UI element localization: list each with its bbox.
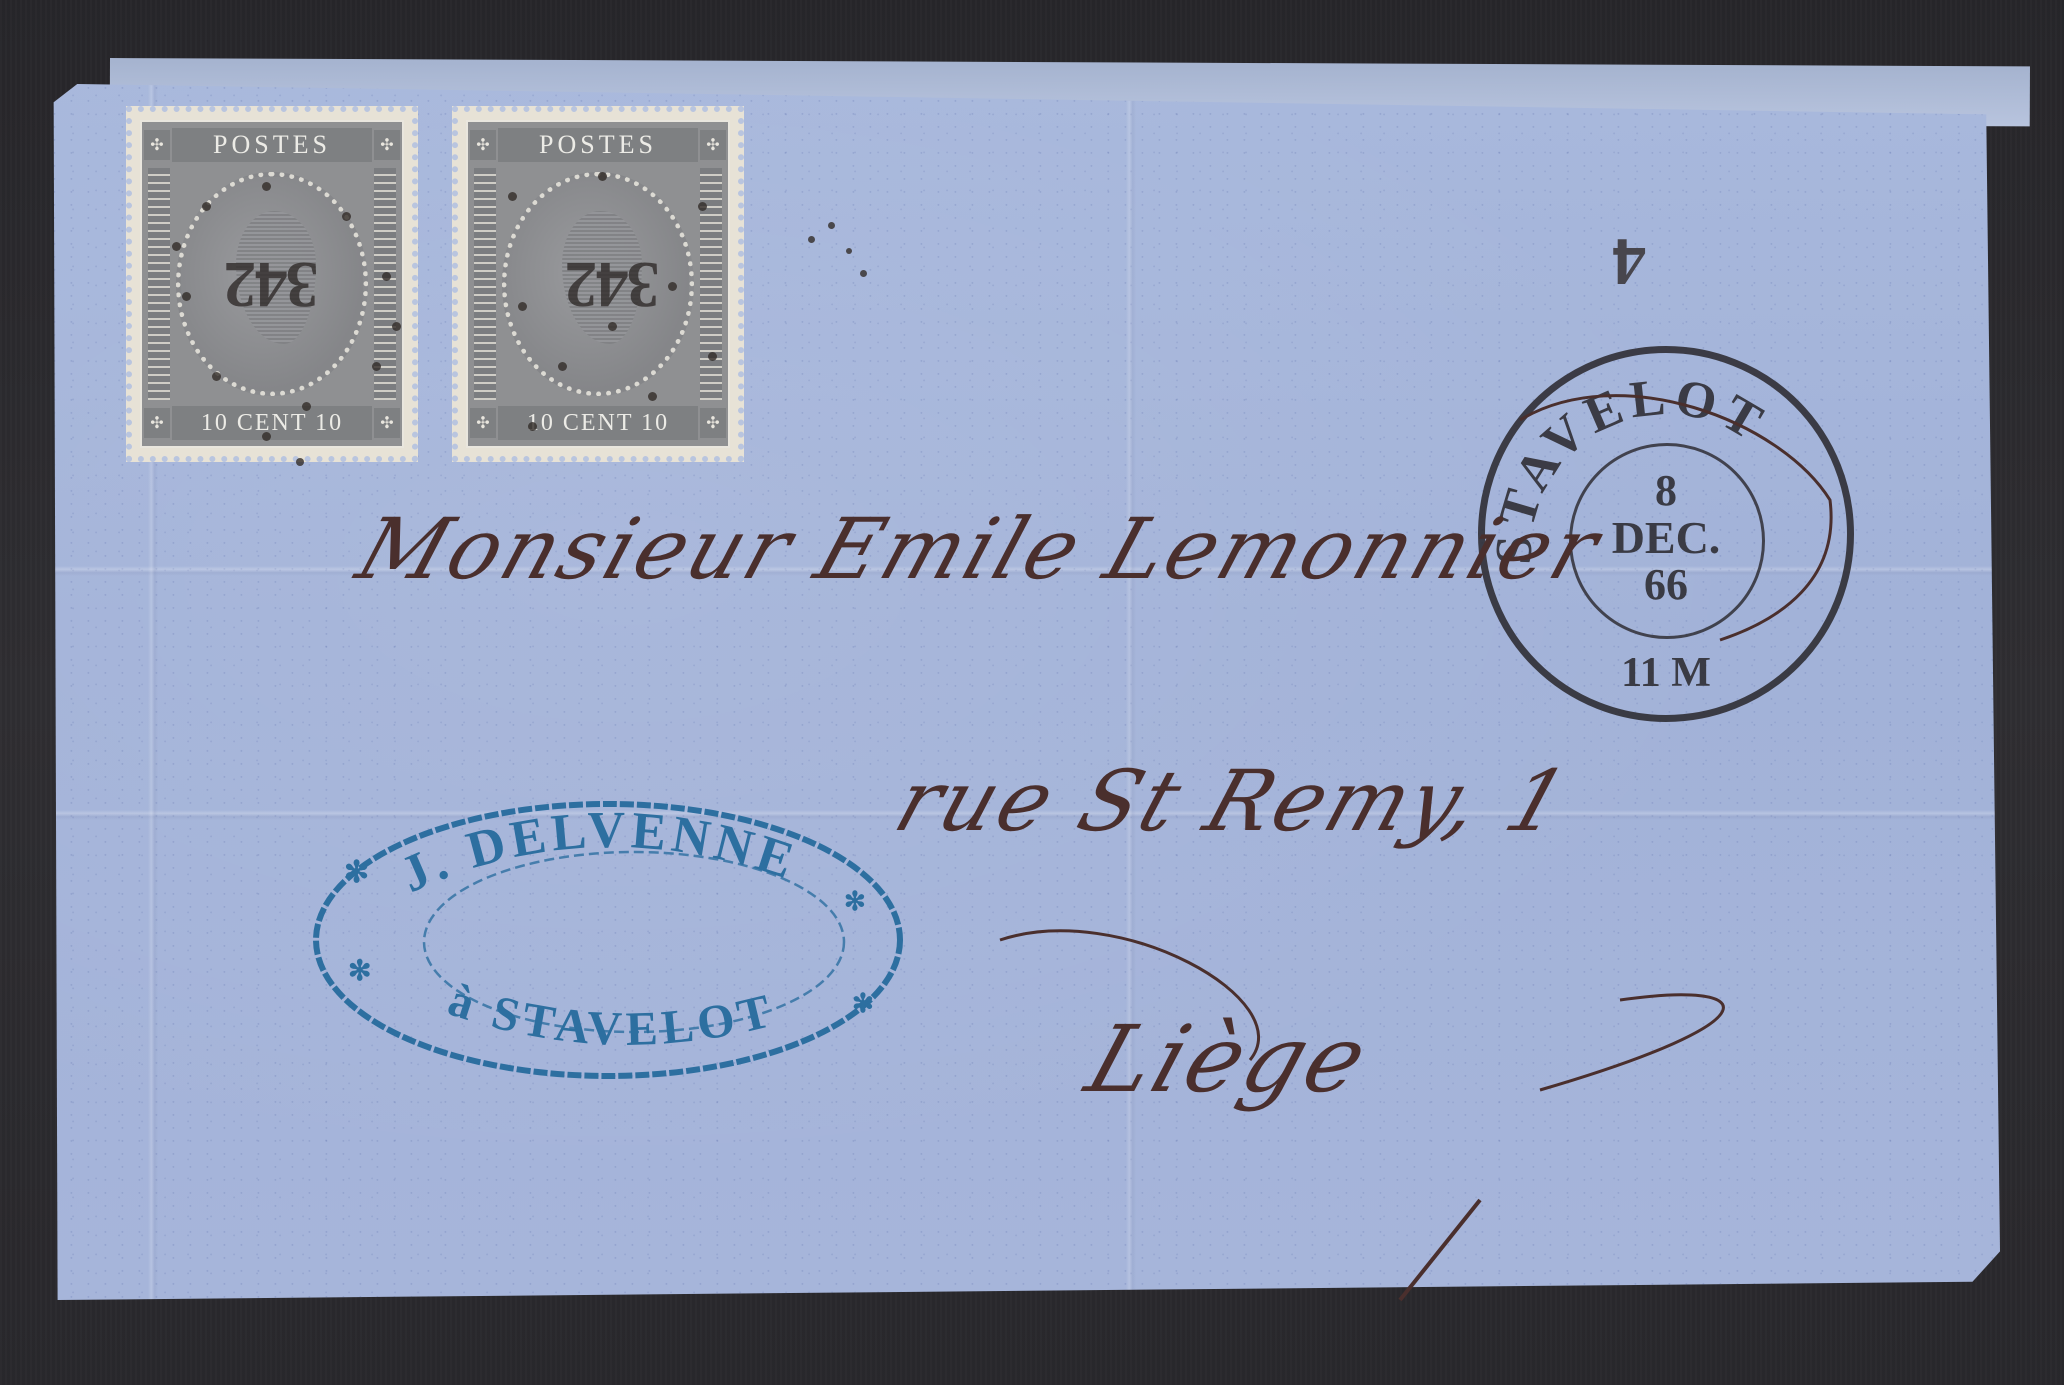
svg-text:✻: ✻ xyxy=(852,989,879,1018)
svg-text:✻: ✻ xyxy=(344,856,374,889)
datestamp-time: 11 M xyxy=(1485,649,1847,697)
rate-mark: 4 xyxy=(1612,222,1646,301)
address-line-city: Liège xyxy=(1075,1006,1383,1113)
address-line-street: rue St Remy, 1 xyxy=(884,752,1582,850)
address-line-name: Monsieur Emile Lemonnier xyxy=(346,500,1613,598)
svg-text:✻: ✻ xyxy=(348,956,376,987)
svg-text:✻: ✻ xyxy=(844,887,871,916)
svg-text:à STAVELOT: à STAVELOT xyxy=(442,973,780,1056)
sender-cachet: J. DELVENNE à STAVELOT ✻ ✻ ✻ ✻ xyxy=(304,792,912,1088)
